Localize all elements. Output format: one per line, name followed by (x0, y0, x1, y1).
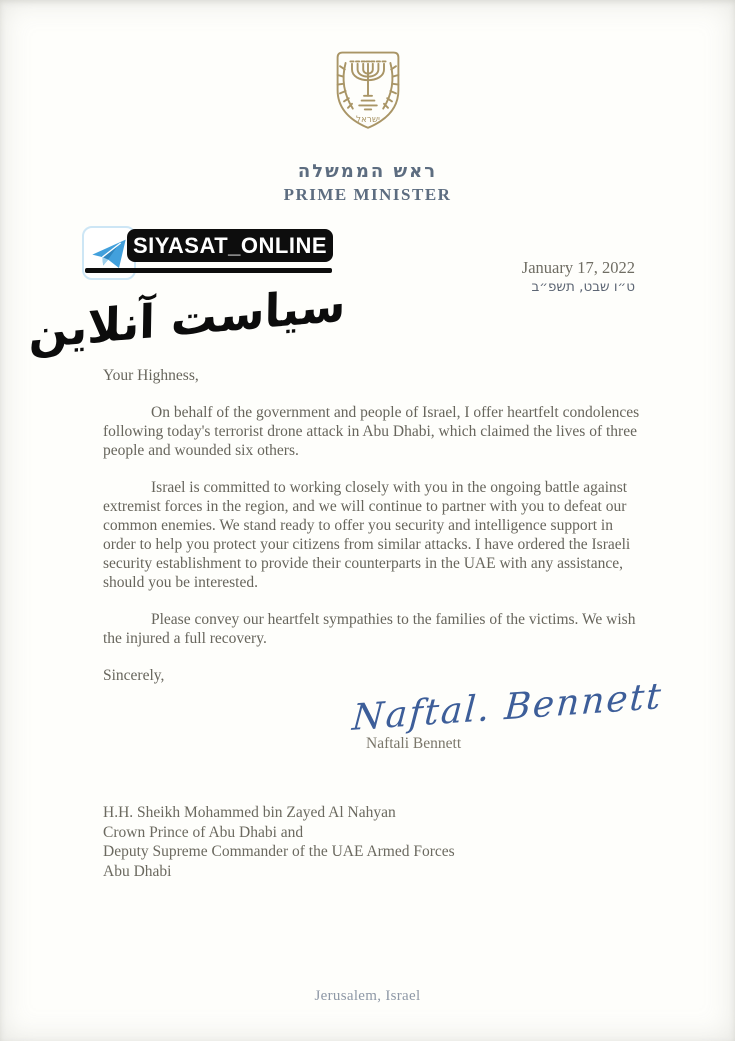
recipient-line: Crown Prince of Abu Dhabi and (103, 823, 455, 843)
english-title: PRIME MINISTER (0, 185, 735, 205)
signature-typed-name: Naftali Bennett (366, 735, 461, 753)
paragraph-3: Please convey our heartfelt sympathies t… (103, 610, 648, 648)
hebrew-title: ראש הממשלה (0, 161, 735, 182)
footer-location: Jerusalem, Israel (0, 988, 735, 1005)
date-block: January 17, 2022 ט״ו שבט, תשפ״ב (522, 258, 635, 295)
letter-page: ישראל ראש הממשלה PRIME MINISTER SIYASAT_… (0, 0, 735, 1041)
watermark-calligraphy: سیاست آنلاین (78, 266, 346, 370)
date-gregorian: January 17, 2022 (522, 258, 635, 278)
recipient-line: Abu Dhabi (103, 862, 455, 882)
letterhead: ישראל ראש הממשלה PRIME MINISTER (0, 50, 735, 205)
date-hebrew: ט״ו שבט, תשפ״ב (522, 279, 635, 295)
recipient-block: H.H. Sheikh Mohammed bin Zayed Al Nahyan… (103, 803, 455, 881)
watermark-channel-name: SIYASAT_ONLINE (127, 229, 333, 262)
recipient-line: Deputy Supreme Commander of the UAE Arme… (103, 842, 455, 862)
recipient-line: H.H. Sheikh Mohammed bin Zayed Al Nahyan (103, 803, 455, 823)
paragraph-1: On behalf of the government and people o… (103, 403, 648, 460)
israel-state-emblem-icon: ישראל (328, 50, 408, 145)
paragraph-2: Israel is committed to working closely w… (103, 478, 648, 592)
salutation: Your Highness, (103, 366, 648, 385)
letter-body: Your Highness, On behalf of the governme… (103, 366, 648, 703)
emblem-hebrew-text: ישראל (355, 115, 379, 125)
